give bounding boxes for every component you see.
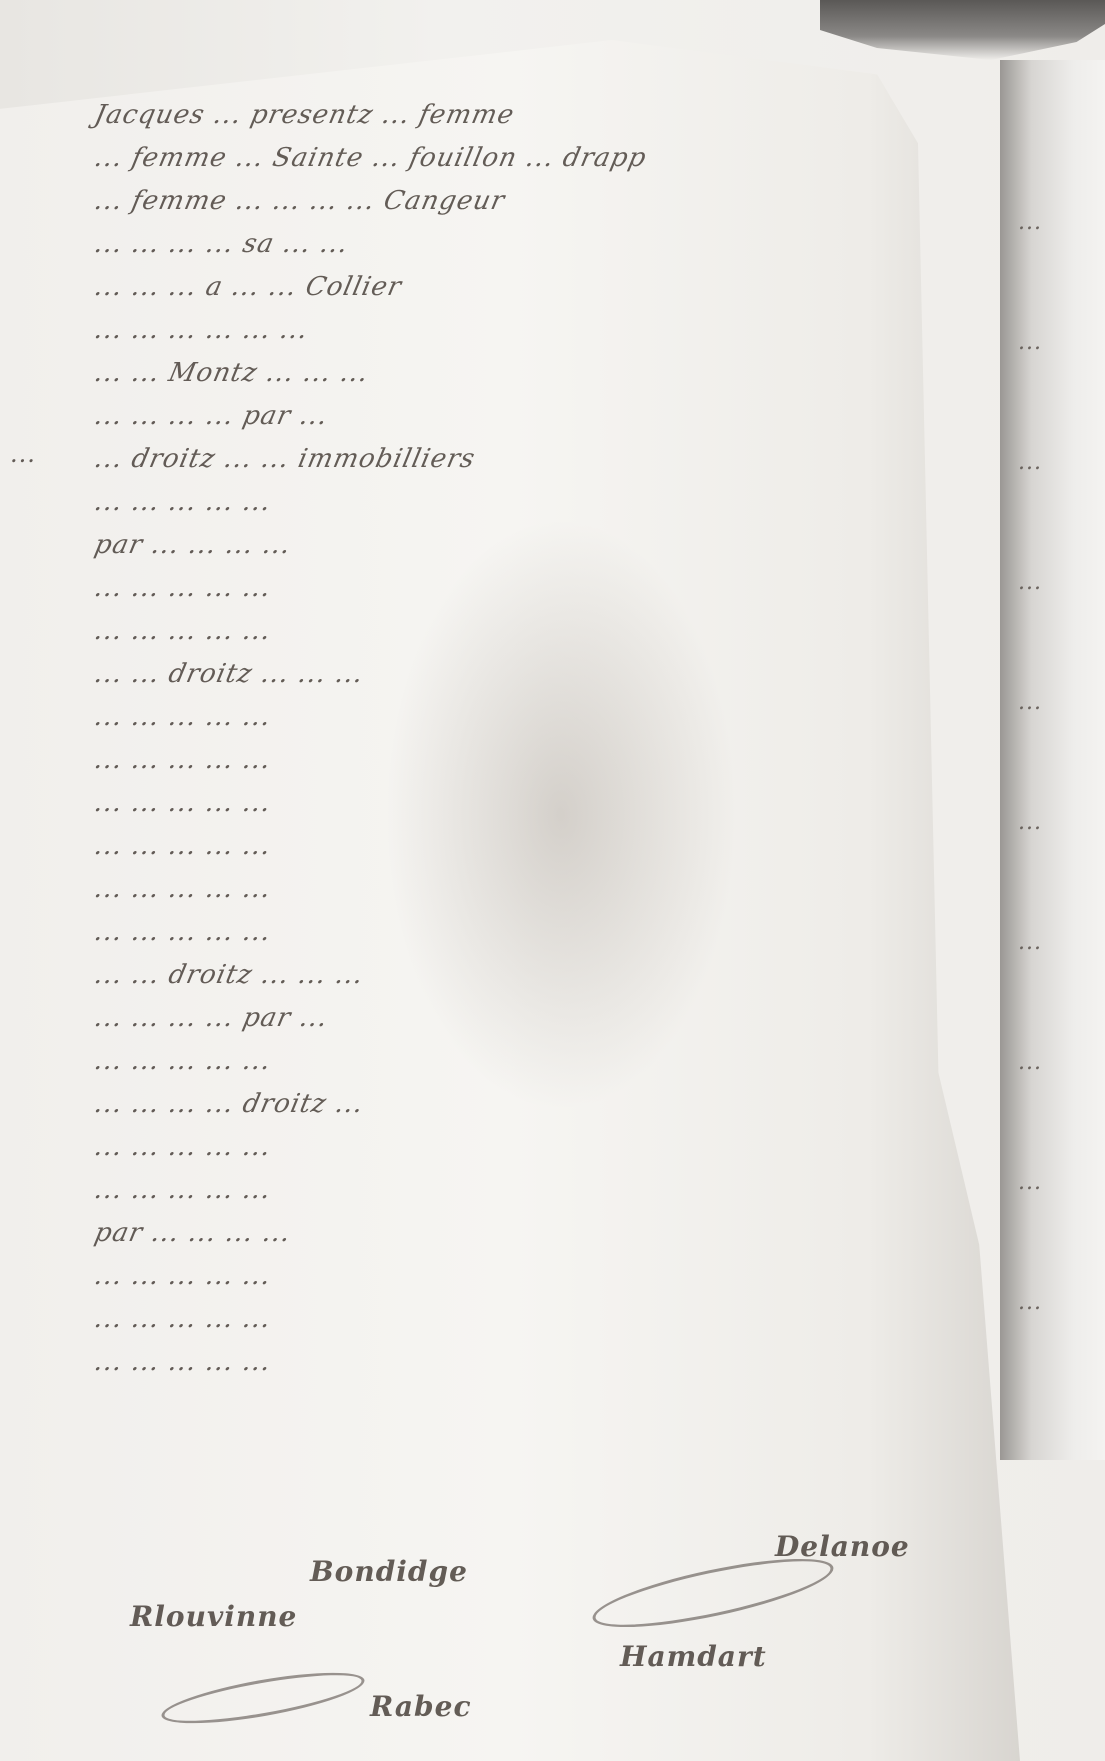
text-line: ... ... ... a ... ... Collier xyxy=(92,272,405,302)
text-line: Jacques ... presentz ... femme xyxy=(92,100,517,130)
text-line: ... ... ... ... ... xyxy=(92,573,274,603)
leaf-fragment: ... xyxy=(1018,1170,1042,1195)
text-line: ... ... ... ... ... xyxy=(92,831,274,861)
text-line: ... ... ... ... ... xyxy=(92,788,274,818)
leaf-fragment: ... xyxy=(1018,210,1042,235)
text-line: ... ... ... ... ... xyxy=(92,616,274,646)
text-line: ... ... ... ... droitz ... xyxy=(92,1089,367,1119)
text-line: ... ... Montz ... ... ... xyxy=(92,358,372,388)
leaf-fragment: ... xyxy=(1018,1050,1042,1075)
leaf-fragment: ... xyxy=(1018,810,1042,835)
text-line: par ... ... ... ... xyxy=(92,1218,294,1248)
text-line: ... femme ... Sainte ... fouillon ... dr… xyxy=(92,143,650,173)
text-line: ... ... ... ... ... xyxy=(92,1304,274,1334)
text-line: ... droitz ... ... immobilliers xyxy=(92,444,478,474)
adjacent-page-edge: ... ... ... ... ... ... ... ... ... ... xyxy=(1000,60,1105,1460)
text-line: ... ... ... ... ... xyxy=(92,1261,274,1291)
leaf-fragment: ... xyxy=(1018,1290,1042,1315)
leaf-fragment: ... xyxy=(1018,690,1042,715)
text-line: ... ... ... ... ... xyxy=(92,1175,274,1205)
signature: Rabec xyxy=(370,1690,472,1723)
text-line: ... ... ... ... ... xyxy=(92,1132,274,1162)
text-line: ... ... ... ... sa ... ... xyxy=(92,229,352,259)
leaf-fragment: ... xyxy=(1018,930,1042,955)
signature: Hamdart xyxy=(620,1640,767,1673)
margin-note: ... xyxy=(10,440,36,468)
text-line: ... ... droitz ... ... ... xyxy=(92,659,367,689)
text-line: ... ... ... ... ... xyxy=(92,917,274,947)
text-line: ... ... ... ... par ... xyxy=(92,1003,331,1033)
text-line: ... ... ... ... par ... xyxy=(92,401,331,431)
text-line: ... ... ... ... ... xyxy=(92,1046,274,1076)
signature: Bondidge xyxy=(310,1555,468,1588)
text-line: ... ... ... ... ... xyxy=(92,1347,274,1377)
text-line: ... ... droitz ... ... ... xyxy=(92,960,367,990)
text-line: ... ... ... ... ... ... xyxy=(92,315,311,345)
leaf-fragment: ... xyxy=(1018,330,1042,355)
signature: Rlouvinne xyxy=(130,1600,297,1633)
text-line: ... ... ... ... ... xyxy=(92,874,274,904)
text-line: ... ... ... ... ... xyxy=(92,745,274,775)
leaf-fragment: ... xyxy=(1018,450,1042,475)
text-line: ... ... ... ... ... xyxy=(92,487,274,517)
text-line: ... ... ... ... ... xyxy=(92,702,274,732)
leaf-fragment: ... xyxy=(1018,570,1042,595)
text-line: ... femme ... ... ... ... Cangeur xyxy=(92,186,508,216)
text-line: par ... ... ... ... xyxy=(92,530,294,560)
